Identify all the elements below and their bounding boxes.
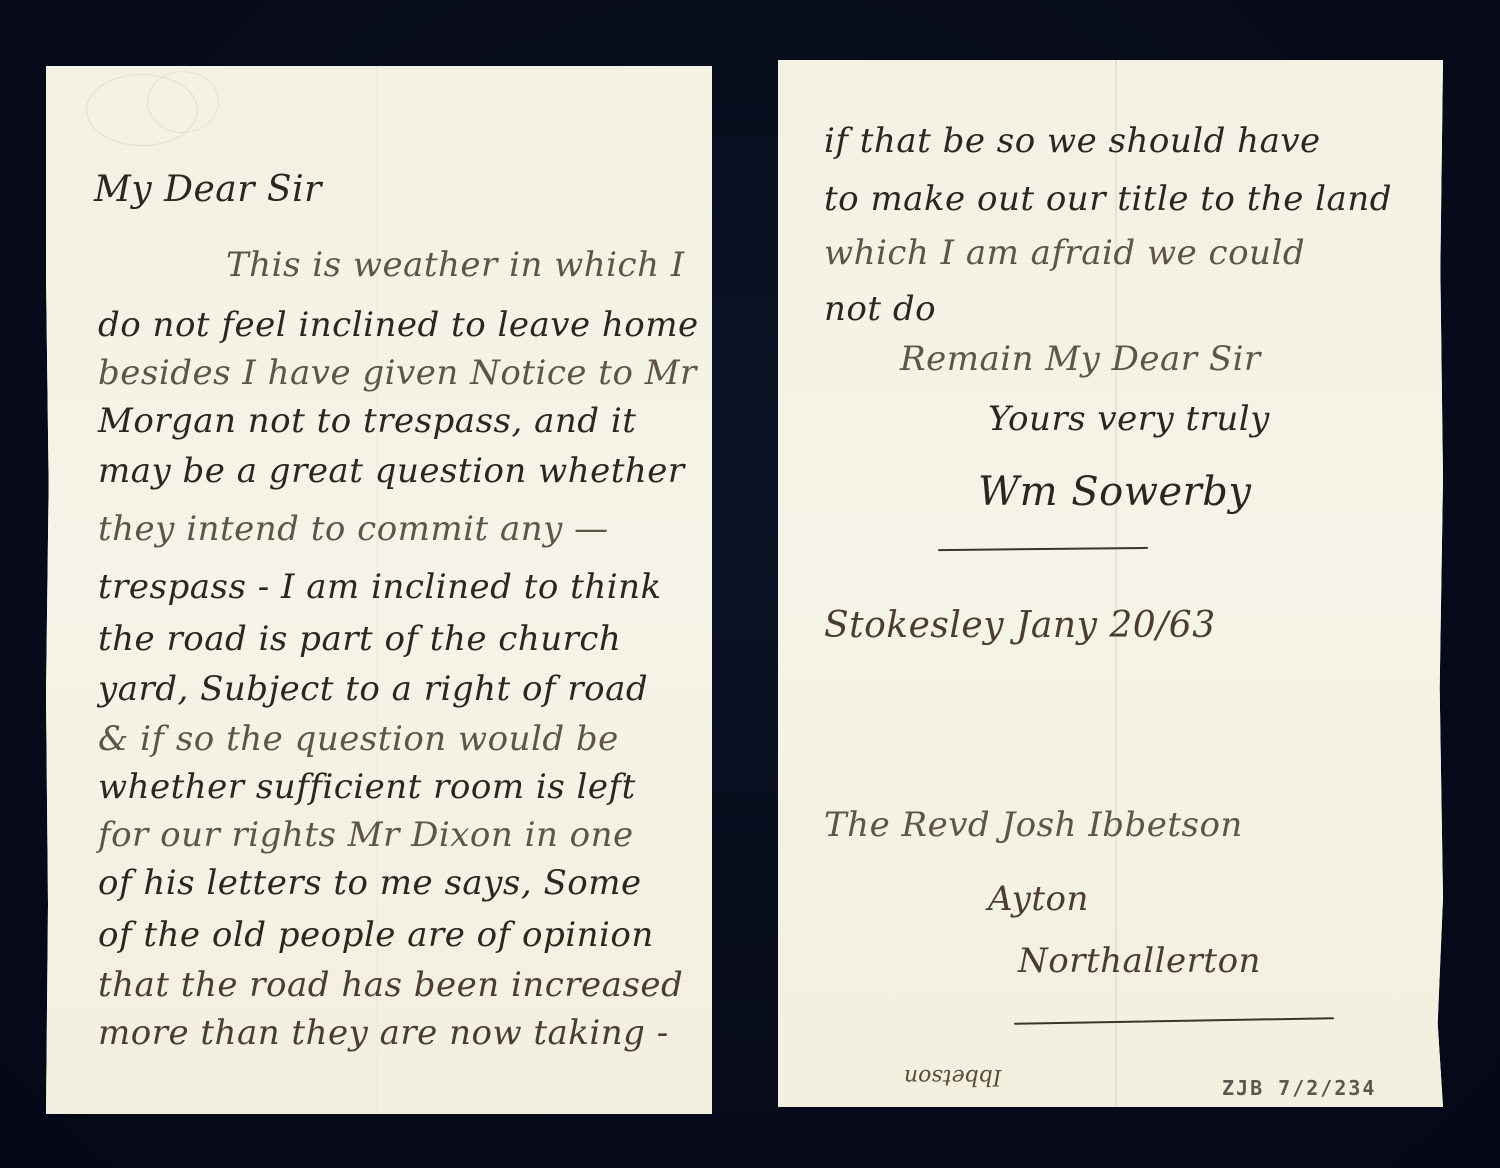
address-underline: [1014, 1017, 1334, 1025]
letter-line: that the road has been increased: [98, 968, 683, 1002]
letter-line: of his letters to me says, Some: [98, 866, 642, 900]
letter-line: yard, Subject to a right of road: [98, 672, 648, 706]
letter-line: trespass - I am inclined to think: [98, 570, 662, 604]
place-date: Stokesley Jany 20/63: [824, 608, 1216, 644]
signature: Wm Sowerby: [978, 472, 1251, 512]
embossed-stamp: [86, 74, 198, 146]
letter-line: do not feel inclined to leave home: [98, 308, 699, 342]
letter-line: of the old people are of opinion: [98, 918, 654, 952]
letter-line: & if so the question would be: [98, 722, 619, 756]
archive-reference: ZJB 7/2/234: [1222, 1076, 1376, 1100]
letter-page-right: if that be so we should have to make out…: [778, 60, 1443, 1107]
address-line-1: The Revd Josh Ibbetson: [824, 808, 1243, 842]
letter-page-left: My Dear Sir This is weather in which I d…: [46, 66, 712, 1114]
letter-line: which I am afraid we could: [824, 236, 1305, 270]
salutation: My Dear Sir: [94, 172, 322, 208]
letter-line: whether sufficient room is left: [98, 770, 636, 804]
letter-line: for our rights Mr Dixon in one: [98, 818, 634, 852]
letter-line: besides I have given Notice to Mr: [98, 356, 697, 390]
docket-note: Ibbetson: [904, 1064, 1001, 1089]
letter-line: they intend to commit any —: [98, 512, 609, 546]
closing-yours: Yours very truly: [988, 402, 1270, 436]
closing-remain: Remain My Dear Sir: [900, 342, 1261, 376]
letter-line: Morgan not to trespass, and it: [98, 404, 636, 438]
letter-line: not do: [824, 292, 936, 326]
letter-line: may be a great question whether: [98, 454, 685, 488]
letter-line: the road is part of the church: [98, 622, 621, 656]
letter-line: if that be so we should have: [824, 124, 1321, 158]
address-line-3: Northallerton: [1018, 944, 1261, 978]
address-line-2: Ayton: [988, 882, 1089, 916]
letter-line: This is weather in which I: [226, 248, 685, 282]
letter-line: more than they are now taking -: [98, 1016, 669, 1050]
letter-line: to make out our title to the land: [824, 182, 1392, 216]
